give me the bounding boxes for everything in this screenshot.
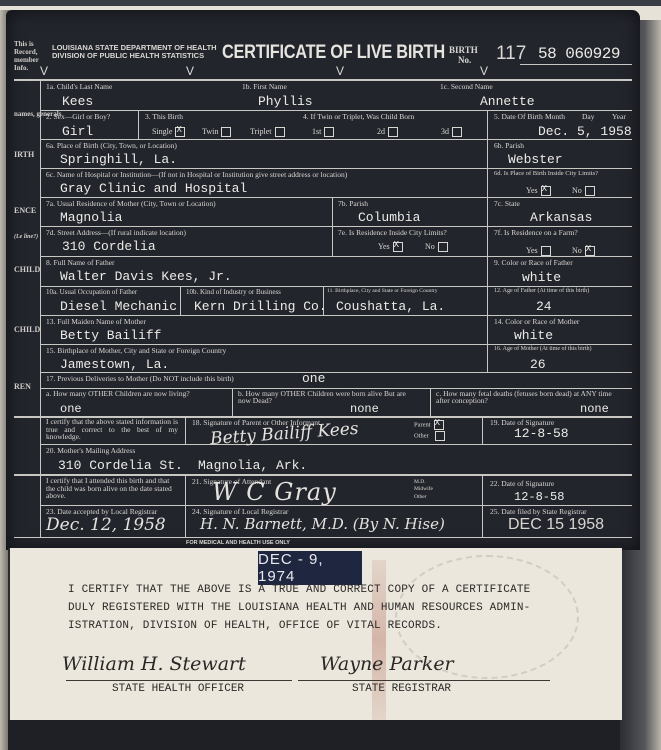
- label-6a: 6a. Place of Birth (City, Town, or Locat…: [46, 141, 177, 150]
- yes-checkbox: [393, 242, 403, 252]
- farm-no: No: [572, 246, 595, 256]
- label-5: 5. Date Of Birth: [494, 112, 543, 121]
- label-8: 8. Full Name of Father: [46, 258, 115, 267]
- child-second-name: Annette: [480, 94, 535, 109]
- check-mark: V: [480, 64, 488, 78]
- mother-birthplace: Jamestown, La.: [60, 357, 169, 372]
- certification-date-stamp: DEC - 9, 1974: [258, 551, 362, 585]
- birth-city-limits-yes: Yes: [526, 186, 551, 196]
- twin-checkbox: [221, 127, 231, 137]
- farm-yes: Yes: [526, 246, 551, 256]
- rule: [185, 416, 186, 444]
- rule: [40, 286, 632, 287]
- residence-city-limits-yes: Yes: [378, 242, 403, 252]
- state-health-officer-caption: STATE HEALTH OFFICER: [112, 683, 244, 695]
- rule: [40, 444, 632, 445]
- birth-single-option: Single: [152, 127, 185, 137]
- born-3d-checkbox: [452, 127, 462, 137]
- born-1st-checkbox: [324, 127, 334, 137]
- margin-label-residence: ENCE: [14, 206, 36, 215]
- rule: [40, 226, 632, 227]
- rule: [482, 416, 483, 444]
- bottom-dark-band: [8, 720, 620, 750]
- place-of-birth: Springhill, La.: [60, 152, 177, 167]
- previous-deliveries: one: [302, 371, 325, 386]
- state-registrar-signature: Wayne Parker: [320, 653, 454, 675]
- rule: [232, 388, 233, 416]
- father-name: Walter Davis Kees, Jr.: [60, 269, 232, 284]
- margin-label-child-2: CHILD: [14, 325, 40, 334]
- department-line-2: DIVISION OF PUBLIC HEALTH STATISTICS: [52, 52, 204, 60]
- label-22: 22. Date of Signature: [490, 479, 554, 488]
- father-industry: Kern Drilling Co.: [194, 299, 327, 314]
- street-address: 310 Cordelia: [62, 239, 156, 254]
- parent-checkbox: [434, 420, 444, 430]
- mother-age: 26: [530, 357, 546, 372]
- mother-residence: Magnolia: [60, 210, 122, 225]
- born-2d-checkbox: [388, 127, 398, 137]
- rule: [482, 474, 483, 537]
- yes-checkbox: [541, 246, 551, 256]
- other-checkbox: [435, 431, 445, 441]
- no-checkbox: [585, 186, 595, 196]
- signature-line-left: [66, 680, 292, 681]
- label-12: 12. Age of Father (At time of this birth…: [494, 288, 589, 294]
- label-25: 25. Date filed by State Registrar: [490, 507, 587, 516]
- attendant-title-midwife: Midwife: [414, 486, 433, 492]
- attendant-signature-date: 12-8-58: [514, 490, 564, 504]
- margin-label-birth: IRTH: [14, 150, 34, 159]
- state-registrar-caption: STATE REGISTRAR: [352, 683, 451, 695]
- margin-label-children: REN: [14, 382, 31, 391]
- label-6d: 6d. Is Place of Birth Inside City Limits…: [494, 170, 598, 177]
- label-5-day: Day: [582, 112, 595, 121]
- child-last-name: Kees: [62, 94, 93, 109]
- label-20: 20. Mother's Mailing Address: [46, 446, 135, 455]
- label-13: 13. Full Maiden Name of Mother: [46, 317, 146, 326]
- rule: [40, 168, 632, 169]
- label-16: 16. Age of Mother (At time of this birth…: [494, 346, 592, 352]
- margin-label-residence-note: (Le line?): [14, 234, 38, 240]
- father-occupation: Diesel Mechanic: [60, 299, 177, 314]
- check-mark: V: [336, 64, 344, 78]
- rule: [40, 315, 632, 316]
- rule: [40, 80, 41, 538]
- state-health-officer-signature: William H. Stewart: [62, 653, 246, 675]
- margin-note: This is Record, member Info.: [14, 40, 36, 72]
- hospital-name: Gray Clinic and Hospital: [60, 181, 247, 196]
- sex-value: Girl: [62, 124, 93, 139]
- label-2: 2. Sex—Girl or Boy?: [46, 112, 110, 121]
- label-5-month: Month: [545, 112, 565, 121]
- birth-no-value: 58 060929: [538, 45, 620, 63]
- label-17: 17. Previous Deliveries to Mother (Do NO…: [46, 374, 234, 383]
- label-5-year: Year: [612, 112, 626, 121]
- child-first-name: Phyllis: [258, 94, 313, 109]
- label-17b: b. How many OTHER Children were born ali…: [238, 390, 408, 404]
- no-checkbox: [585, 246, 595, 256]
- mother-race: white: [514, 328, 553, 343]
- label-7f: 7f. Is Residence on a Farm?: [494, 228, 578, 237]
- footer-strip: FOR MEDICAL AND HEALTH USE ONLY: [186, 540, 290, 546]
- attendant-title-other: Other: [414, 494, 427, 500]
- mailing-address-city: Magnolia, Ark.: [198, 458, 307, 473]
- rule: [40, 110, 632, 111]
- check-mark: V: [40, 64, 48, 78]
- label-9: 9. Color or Race of Father: [494, 258, 573, 267]
- born-2d-option: 2d: [377, 127, 398, 137]
- rule: [487, 197, 488, 372]
- attendant-signature: W C Gray: [212, 478, 337, 506]
- label-10b: 10b. Kind of Industry or Business: [186, 288, 281, 296]
- rule: [40, 197, 632, 198]
- residence-parish: Columbia: [358, 210, 420, 225]
- father-age: 24: [536, 299, 552, 314]
- label-17a: a. How many OTHER Children are now livin…: [46, 390, 226, 397]
- birth-no-underline: [520, 64, 632, 65]
- certificate-title: CERTIFICATE OF LIVE BIRTH: [222, 42, 445, 64]
- single-checkbox: [175, 127, 185, 137]
- father-race: white: [522, 270, 561, 285]
- informant-certification: I certify that the above stated informat…: [46, 418, 178, 441]
- label-10a: 10a. Usual Occupation of Father: [46, 288, 137, 296]
- birth-triplet-option: Triplet: [250, 127, 285, 137]
- label-1c: 1c. Second Name: [440, 82, 493, 91]
- label-7d: 7d. Street Address—(If rural indicate lo…: [46, 228, 186, 237]
- rule: [14, 79, 632, 81]
- label-7a: 7a. Usual Residence of Mother (City, Tow…: [46, 199, 216, 208]
- check-mark: V: [186, 64, 194, 78]
- top-edge: [0, 0, 661, 6]
- birth-no-label: BIRTH: [449, 45, 478, 55]
- label-1a: 1a. Child's Last Name: [46, 82, 112, 91]
- label-15: 15. Birthplace of Mother, City and State…: [46, 346, 226, 355]
- residence-city-limits-no: No: [425, 242, 448, 252]
- label-1b: 1b. First Name: [242, 82, 287, 91]
- label-6b: 6b. Parish: [494, 141, 524, 150]
- local-registrar-accepted-date: Dec. 12, 1958: [46, 515, 166, 535]
- rule: [40, 372, 632, 373]
- no-checkbox: [438, 242, 448, 252]
- born-1st-option: 1st: [312, 127, 334, 137]
- born-3d-option: 3d: [441, 127, 462, 137]
- signature-line-right: [298, 680, 550, 681]
- certification-text-line-2: DULY REGISTERED WITH THE LOUISIANA HEALT…: [68, 601, 530, 616]
- attendant-certification: I certify that I attended this birth and…: [46, 477, 178, 500]
- rule: [185, 474, 186, 537]
- label-3: 3. This Birth: [145, 112, 183, 121]
- birth-no-label-2: No.: [458, 55, 471, 65]
- label-7e: 7e. Is Residence Inside City Limits?: [338, 228, 447, 237]
- triplet-checkbox: [275, 127, 285, 137]
- certification-text-line-3: ISTRATION, DIVISION OF HEALTH, OFFICE OF…: [68, 619, 442, 634]
- birth-no-prefix: 117: [496, 43, 526, 65]
- birth-twin-option: Twin: [202, 127, 231, 137]
- state-registrar-filed-date: DEC 15 1958: [508, 516, 604, 534]
- label-11: 11. Birthplace, City and State or Foreig…: [327, 288, 438, 294]
- attendant-title-md: M.D.: [414, 478, 426, 486]
- children-living: one: [60, 402, 82, 416]
- rule: [332, 197, 333, 256]
- rule: [40, 344, 632, 345]
- rule: [14, 537, 632, 538]
- rule: [180, 286, 181, 315]
- father-birthplace: Coushatta, La.: [336, 299, 445, 314]
- label-7c: 7c. State: [494, 199, 520, 208]
- birth-parish: Webster: [508, 152, 563, 167]
- date-of-birth: Dec. 5, 1958: [538, 124, 632, 139]
- label-4: 4. If Twin or Triplet, Was Child Born: [303, 112, 414, 121]
- informant-signature-date: 12-8-58: [514, 426, 569, 441]
- fetal-deaths: none: [580, 402, 609, 416]
- mother-maiden-name: Betty Bailiff: [60, 328, 161, 343]
- label-7b: 7b. Parish: [338, 199, 368, 208]
- rule: [138, 110, 139, 139]
- birth-city-limits-no: No: [572, 186, 595, 196]
- margin-label-child: CHILD: [14, 265, 40, 274]
- label-14: 14. Color or Race of Mother: [494, 317, 579, 326]
- label-6c: 6c. Name of Hospital or Institution—(If …: [46, 170, 347, 179]
- yes-checkbox: [541, 186, 551, 196]
- residence-state: Arkansas: [530, 210, 592, 225]
- certification-text-line-1: I CERTIFY THAT THE ABOVE IS A TRUE AND C…: [68, 583, 530, 598]
- parent-option: Parent: [414, 420, 444, 430]
- rule: [430, 388, 431, 416]
- other-option: Other: [414, 431, 445, 441]
- children-dead: none: [350, 402, 379, 416]
- local-registrar-signature: H. N. Barnett, M.D. (By N. Hise): [200, 515, 445, 533]
- rule: [40, 139, 632, 140]
- mailing-address-street: 310 Cordelia St.: [58, 458, 183, 473]
